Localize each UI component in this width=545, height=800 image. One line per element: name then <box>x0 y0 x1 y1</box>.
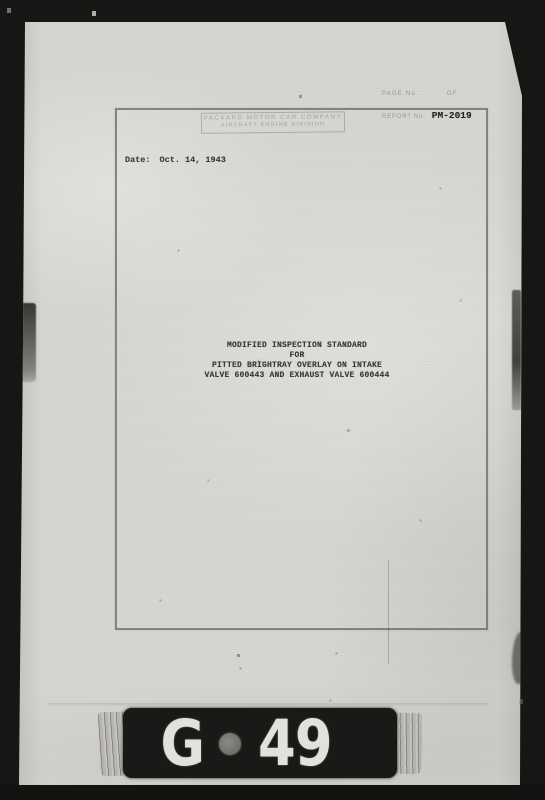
paper-crease <box>48 703 488 705</box>
report-no-label: REPORT No. <box>382 114 426 120</box>
film-id-label: G 49 <box>123 708 397 778</box>
scan-line-artifact <box>388 560 389 664</box>
report-no-value: PM-2019 <box>432 110 472 121</box>
document-title: MODIFIED INSPECTION STANDARD FOR PITTED … <box>157 341 437 381</box>
company-stamp: PACKARD MOTOR CAR COMPANY AIRCRAFT ENGIN… <box>201 111 345 134</box>
microfilm-frame: PAGE No. OF REPORT No. PM-2019 PACKARD M… <box>0 0 545 800</box>
right-edge-streak <box>512 290 521 410</box>
title-line-1: MODIFIED INSPECTION STANDARD <box>157 341 437 351</box>
title-line-4: VALVE 600443 AND EXHAUST VALVE 600444 <box>157 371 437 381</box>
page-no-label: PAGE No. <box>382 91 419 97</box>
dust-specks <box>18 22 19 23</box>
date-label: Date: <box>125 155 151 165</box>
page-no-of-label: OF <box>447 91 458 97</box>
title-line-2: FOR <box>157 351 437 361</box>
report-number-line: REPORT No. PM-2019 <box>382 110 472 121</box>
left-edge-blotch <box>20 303 36 382</box>
film-label-letter: G <box>161 712 205 775</box>
date-value: Oct. 14, 1943 <box>160 155 226 165</box>
company-stamp-line2: AIRCRAFT ENGINE DIVISION <box>202 121 344 129</box>
film-frame-specks <box>0 0 2 3</box>
film-bottom-band <box>0 785 545 800</box>
film-label-number: 49 <box>258 712 332 775</box>
title-line-3: PITTED BRIGHTRAY OVERLAY ON INTAKE <box>157 361 437 371</box>
right-edge-smudge <box>512 632 527 684</box>
date-line: Date: Oct. 14, 1943 <box>125 155 226 165</box>
scanned-document-page: PAGE No. OF REPORT No. PM-2019 PACKARD M… <box>18 22 523 785</box>
page-number-stamp: PAGE No. OF <box>382 91 458 97</box>
film-label-dot-icon <box>219 733 241 755</box>
